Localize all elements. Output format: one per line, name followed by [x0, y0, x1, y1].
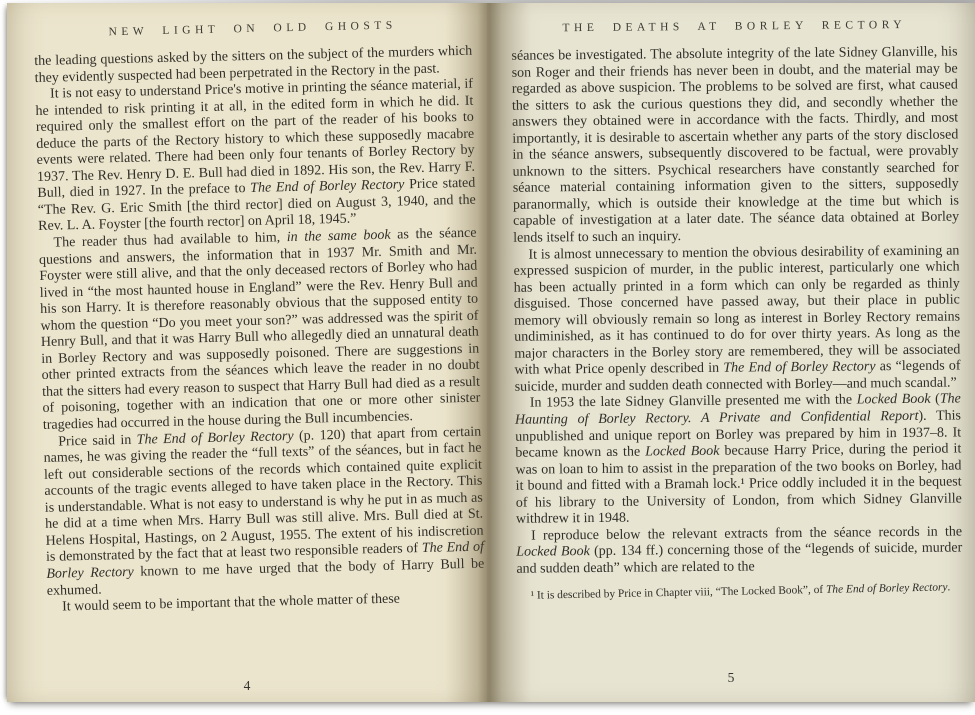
- right-page: THE DEATHS AT BORLEY RECTORY séances be …: [487, 3, 975, 702]
- right-page-content: THE DEATHS AT BORLEY RECTORY séances be …: [487, 3, 975, 702]
- paragraph: ¹ It is described by Price in Chapter vi…: [517, 581, 963, 604]
- paragraph: In 1953 the late Sidney Glanville presen…: [515, 392, 962, 529]
- left-page-number: 4: [7, 678, 487, 694]
- book-scan: NEW LIGHT ON OLD GHOSTS the leading ques…: [0, 0, 975, 715]
- paragraph: It is almost unnecessary to mention the …: [513, 243, 960, 396]
- paragraph: Price said in The End of Borley Rectory …: [43, 424, 485, 600]
- paragraph: I reproduce below the relevant extracts …: [516, 524, 962, 578]
- paragraph: The reader thus had available to him, in…: [38, 226, 481, 435]
- left-running-head: NEW LIGHT ON OLD GHOSTS: [34, 18, 472, 40]
- paragraph: séances be investigated. The absolute in…: [511, 44, 959, 247]
- paragraph: It is not easy to understand Price's mot…: [35, 77, 476, 236]
- left-page-content: NEW LIGHT ON OLD GHOSTS the leading ques…: [7, 3, 487, 702]
- book-spread: NEW LIGHT ON OLD GHOSTS the leading ques…: [7, 3, 975, 702]
- right-running-head: THE DEATHS AT BORLEY RECTORY: [511, 18, 957, 34]
- left-page: NEW LIGHT ON OLD GHOSTS the leading ques…: [7, 3, 487, 702]
- right-page-body: séances be investigated. The absolute in…: [511, 44, 962, 578]
- footnote: ¹ It is described by Price in Chapter vi…: [517, 581, 963, 604]
- left-page-body: the leading questions asked by the sitte…: [34, 44, 485, 617]
- right-page-number: 5: [487, 670, 975, 686]
